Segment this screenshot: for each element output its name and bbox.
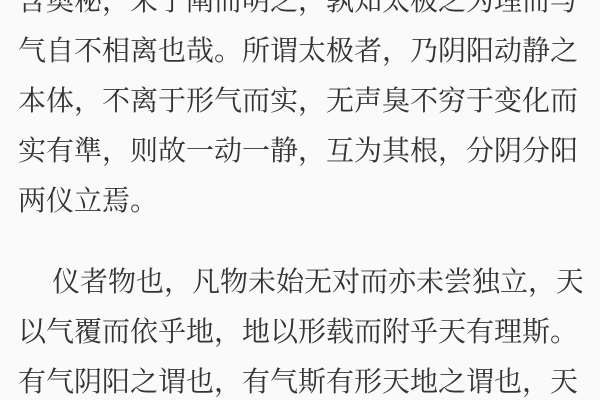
paragraph: 含奥秘，朱子阐而明之，孰知太极之为理而与 气自不相离也哉。所谓太极者，乃阴阳动静… — [18, 0, 582, 226]
article-viewport[interactable]: 含奥秘，朱子阐而明之，孰知太极之为理而与 气自不相离也哉。所谓太极者，乃阴阳动静… — [0, 0, 600, 400]
text-line: 本体，不离于形气而实，无声臭不穷于变化而 — [18, 76, 582, 126]
text-line: 实有準，则故一动一静，互为其根，分阴分阳 — [18, 126, 582, 176]
text-line: 有气阴阳之谓也，有气斯有形天地之谓也，天 — [18, 357, 582, 400]
article-body: 含奥秘，朱子阐而明之，孰知太极之为理而与 气自不相离也哉。所谓太极者，乃阴阳动静… — [18, 0, 582, 400]
text-line: 含奥秘，朱子阐而明之，孰知太极之为理而与 — [18, 0, 582, 26]
text-line: 气自不相离也哉。所谓太极者，乃阴阳动静之 — [18, 26, 582, 76]
paragraph: 仪者物也，凡物未始无对而亦未尝独立，天 以气覆而依乎地，地以形载而附乎天有理斯。… — [18, 257, 582, 400]
text-line: 两仪立焉。 — [18, 176, 582, 226]
text-line: 以气覆而依乎地，地以形载而附乎天有理斯。 — [18, 307, 582, 357]
text-line: 仪者物也，凡物未始无对而亦未尝独立，天 — [18, 257, 582, 307]
